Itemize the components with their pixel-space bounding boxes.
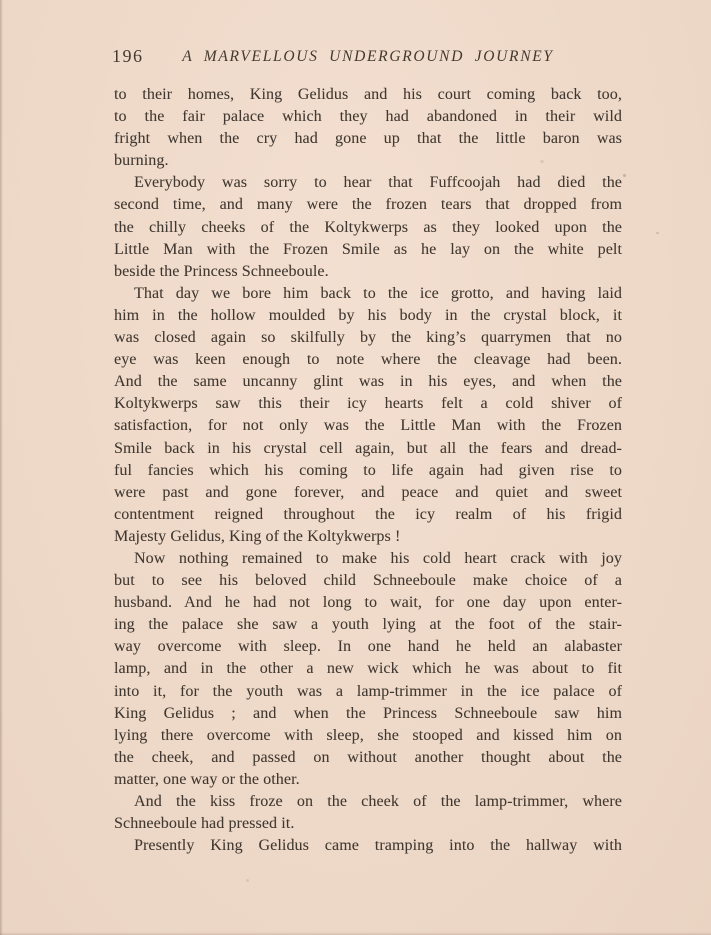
book-page-scan: 196 A MARVELLOUS UNDERGROUND JOURNEY to … [0,0,711,935]
text-line: Now nothing remained to make his cold he… [114,548,622,570]
text-line: him in the hollow moulded by his body in… [114,305,622,327]
scan-edge-shadow-left [0,0,3,935]
text-line: second time, and many were the frozen te… [114,194,622,216]
text-line: That day we bore him back to the ice gro… [114,283,622,305]
text-line: the chilly cheeks of the Koltykwerps as … [114,217,622,239]
ink-speck [246,879,249,882]
paragraph: Now nothing remained to make his cold he… [114,548,622,791]
paragraph: to their homes, King Gelidus and his cou… [114,84,622,172]
paragraph: And the kiss froze on the cheek of the l… [114,791,622,835]
text-line: way overcome with sleep. In one hand he … [114,636,622,658]
text-line: lamp, and in the other a new wick which … [114,658,622,680]
text-line: Everybody was sorry to hear that Fuffcoo… [114,172,622,194]
text-line: ful fancies which his coming to life aga… [114,460,622,482]
text-line: Majesty Gelidus, King of the Koltykwerps… [114,526,622,548]
text-line: was closed again so skilfully by the kin… [114,327,622,349]
text-line: And the same uncanny glint was in his ey… [114,371,622,393]
text-line: fright when the cry had gone up that the… [114,128,622,150]
paragraph: That day we bore him back to the ice gro… [114,283,622,548]
paragraph: Presently King Gelidus came tramping int… [114,835,622,857]
paragraph: Everybody was sorry to hear that Fuffcoo… [114,172,622,282]
text-line: contentment reigned throughout the icy r… [114,504,622,526]
text-line: into it, for the youth was a lamp-trimme… [114,681,622,703]
text-line: ing the palace she saw a youth lying at … [114,614,622,636]
text-line: Presently King Gelidus came tramping int… [114,835,622,857]
text-line: were past and gone forever, and peace an… [114,482,622,504]
text-line: beside the Princess Schneeboule. [114,261,622,283]
text-line: Smile back in his crystal cell again, bu… [114,438,622,460]
text-line: but to see his beloved child Schneeboule… [114,570,622,592]
running-header: 196 A MARVELLOUS UNDERGROUND JOURNEY [114,40,622,66]
text-line: husband. And he had not long to wait, fo… [114,592,622,614]
text-line: Little Man with the Frozen Smile as he l… [114,239,622,261]
ink-speck [656,232,659,234]
ink-speck [623,174,626,177]
text-line: to their homes, King Gelidus and his cou… [114,84,622,106]
text-line: the cheek, and passed on without another… [114,747,622,769]
text-line: King Gelidus ; and when the Princess Sch… [114,703,622,725]
text-line: satisfaction, for not only was the Littl… [114,415,622,437]
text-line: lying there overcome with sleep, she sto… [114,725,622,747]
text-line: And the kiss froze on the cheek of the l… [114,791,622,813]
text-line: Schneeboule had pressed it. [114,813,622,835]
text-line: burning. [114,150,622,172]
text-block: to their homes, King Gelidus and his cou… [114,84,622,857]
text-line: Koltykwerps saw this their icy hearts fe… [114,393,622,415]
running-title: A MARVELLOUS UNDERGROUND JOURNEY [114,49,622,65]
text-line: matter, one way or the other. [114,769,622,791]
text-line: eye was keen enough to note where the cl… [114,349,622,371]
text-line: to the fair palace which they had abando… [114,106,622,128]
